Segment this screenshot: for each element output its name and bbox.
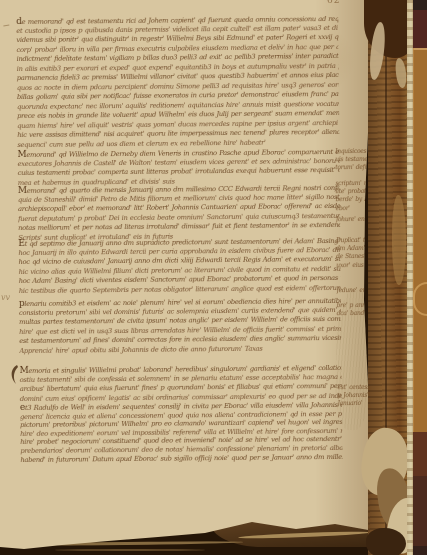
paragraph-6: Memoria et singulis' Willielmi probat' l… [20, 363, 342, 404]
paragraph-2: Memorand' qd Willielmo de Derneby diem V… [17, 147, 339, 188]
paragraph-1: de memorand' qd est testamentu rici ad J… [16, 14, 339, 150]
cover-highlight-line [413, 48, 427, 50]
paragraph-3: Memorand' qd quarto die mensis Januarij … [18, 183, 341, 243]
parchment-page: 62 de memorand' qd est testamentu rici a… [0, 0, 402, 555]
paragraph-4: Et qd septimo die Januarij anno dm supra… [18, 236, 341, 296]
manuscript-photo-frame: 62 de memorand' qd est testamentu rici a… [0, 0, 427, 555]
binding-worn-patch [392, 195, 406, 285]
paragraph-7: et3 Radulfo de Well' in eisdem' sequente… [20, 401, 343, 464]
cover-bottom-segment [413, 546, 427, 555]
cover-dark-segment [413, 432, 427, 476]
cover-maroon-segment [413, 10, 427, 48]
left-margin-squiggle: vv [1, 293, 12, 307]
paragraph-5: plenariu comitib3 et eisdem' ac noie' pl… [19, 296, 342, 356]
text-line: Apprencia' hire' apud obitu sibi Johanni… [19, 343, 341, 356]
main-text-block: de memorand' qd est testamentu rici ad J… [16, 0, 343, 490]
binding-bottom-shadow [366, 528, 406, 555]
text-line: hic testibus die quarto Septembris per n… [19, 283, 341, 296]
binding-gutter-strip [368, 0, 412, 555]
left-margin-mark [3, 21, 10, 27]
left-margin-flourish-icon [7, 363, 21, 387]
book-cover-edge [413, 0, 427, 555]
page-edge-streak [55, 549, 205, 551]
binding-frayed-patch [394, 58, 407, 89]
cover-dark-segment [413, 476, 427, 546]
cover-top-segment [413, 0, 427, 10]
text-line: habend' in futurorum' Datum apud Eborac'… [20, 452, 342, 464]
cover-edge-highlight [413, 48, 414, 432]
